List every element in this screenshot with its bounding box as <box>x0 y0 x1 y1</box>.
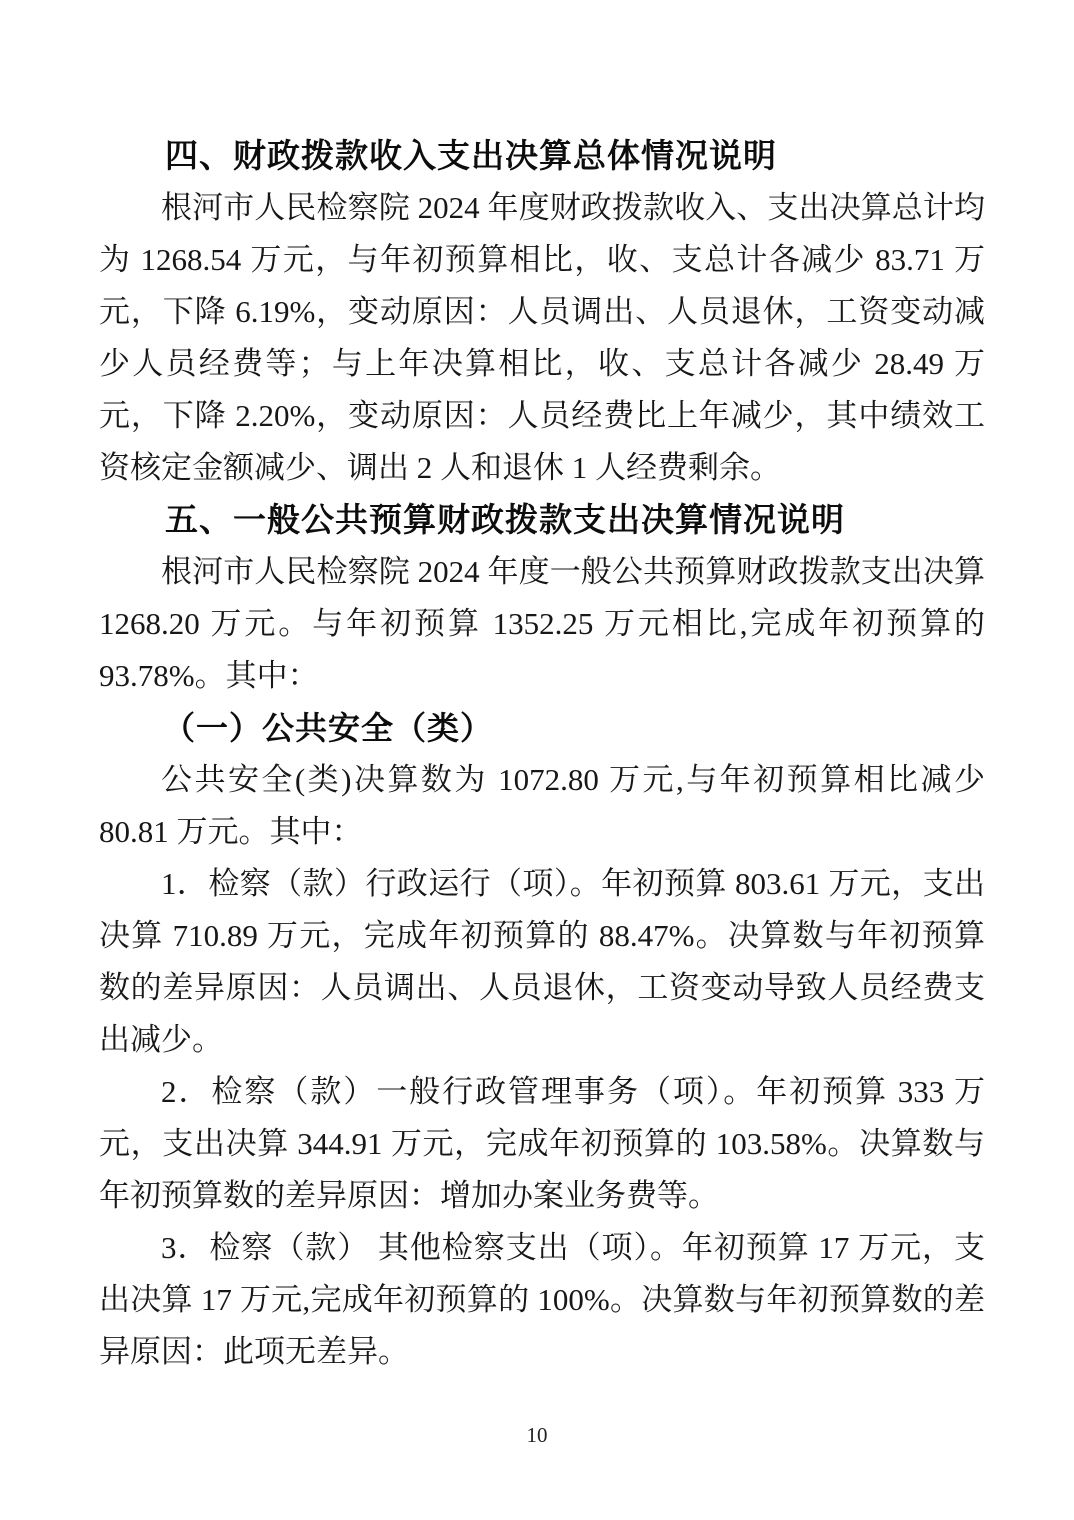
section-5-paragraph: 根河市人民检察院 2024 年度一般公共预算财政拨款支出决算 1268.20 万… <box>99 546 985 702</box>
page-number: 10 <box>0 1423 1074 1448</box>
subsection-1-item-1: 1．检察（款）行政运行（项）。年初预算 803.61 万元，支出决算 710.8… <box>99 858 985 1066</box>
subsection-1-item-2: 2．检察（款）一般行政管理事务（项）。年初预算 333 万元，支出决算 344.… <box>99 1066 985 1222</box>
section-4-heading: 四、财政拨款收入支出决算总体情况说明 <box>99 130 985 182</box>
document-page: 四、财政拨款收入支出决算总体情况说明 根河市人民检察院 2024 年度财政拨款收… <box>0 0 1074 1520</box>
subsection-1-heading: （一）公共安全（类） <box>99 702 985 754</box>
section-5-heading: 五、一般公共预算财政拨款支出决算情况说明 <box>99 494 985 546</box>
subsection-1-paragraph: 公共安全(类)决算数为 1072.80 万元,与年初预算相比减少 80.81 万… <box>99 754 985 858</box>
subsection-1-item-3: 3．检察（款） 其他检察支出（项）。年初预算 17 万元，支出决算 17 万元,… <box>99 1222 985 1378</box>
section-4-paragraph: 根河市人民检察院 2024 年度财政拨款收入、支出决算总计均为 1268.54 … <box>99 182 985 494</box>
